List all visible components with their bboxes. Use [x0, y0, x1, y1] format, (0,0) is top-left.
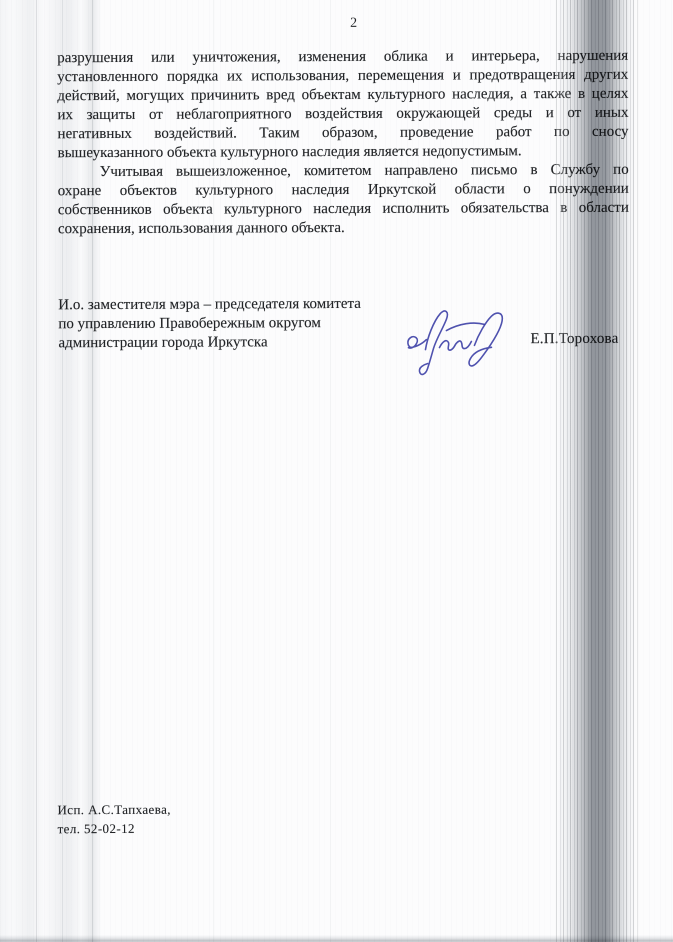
body-line: сохранения, использования данного объект…	[58, 218, 629, 239]
signature-title-line: И.о. заместителя мэра – председателя ком…	[58, 294, 629, 315]
body-line: вышеуказанного объекта культурного насле…	[58, 142, 629, 163]
body-line: разрушения или уничтожения, изменения об…	[57, 47, 628, 68]
body-line: их защиты от неблагоприятного воздействи…	[57, 104, 628, 125]
handwritten-signature-icon	[398, 297, 524, 380]
body-line: Учитывая вышеизложенное, комитетом напра…	[58, 161, 629, 182]
scanned-document-page: 2 разрушения или уничтожения, изменения …	[0, 0, 673, 942]
body-line: установленного порядка их использования,…	[57, 66, 628, 87]
body-line: охране объектов культурного наследия Ирк…	[58, 180, 629, 201]
body-line: действий, могущих причинить вред объекта…	[57, 85, 628, 106]
executor-phone: тел. 52-02-12	[58, 819, 171, 838]
body-line: собственников объекта культурного наслед…	[58, 199, 629, 220]
executor-name: Исп. А.С.Тапхаева,	[57, 801, 170, 820]
body-text: разрушения или уничтожения, изменения об…	[57, 47, 629, 239]
signer-name: Е.П.Торохова	[530, 331, 618, 348]
body-line: негативных воздействий. Таким образом, п…	[57, 123, 628, 144]
page-number: 2	[350, 16, 357, 32]
document-content: 2 разрушения или уничтожения, изменения …	[0, 0, 673, 942]
footer-executor-block: Исп. А.С.Тапхаева, тел. 52-02-12	[57, 801, 171, 838]
